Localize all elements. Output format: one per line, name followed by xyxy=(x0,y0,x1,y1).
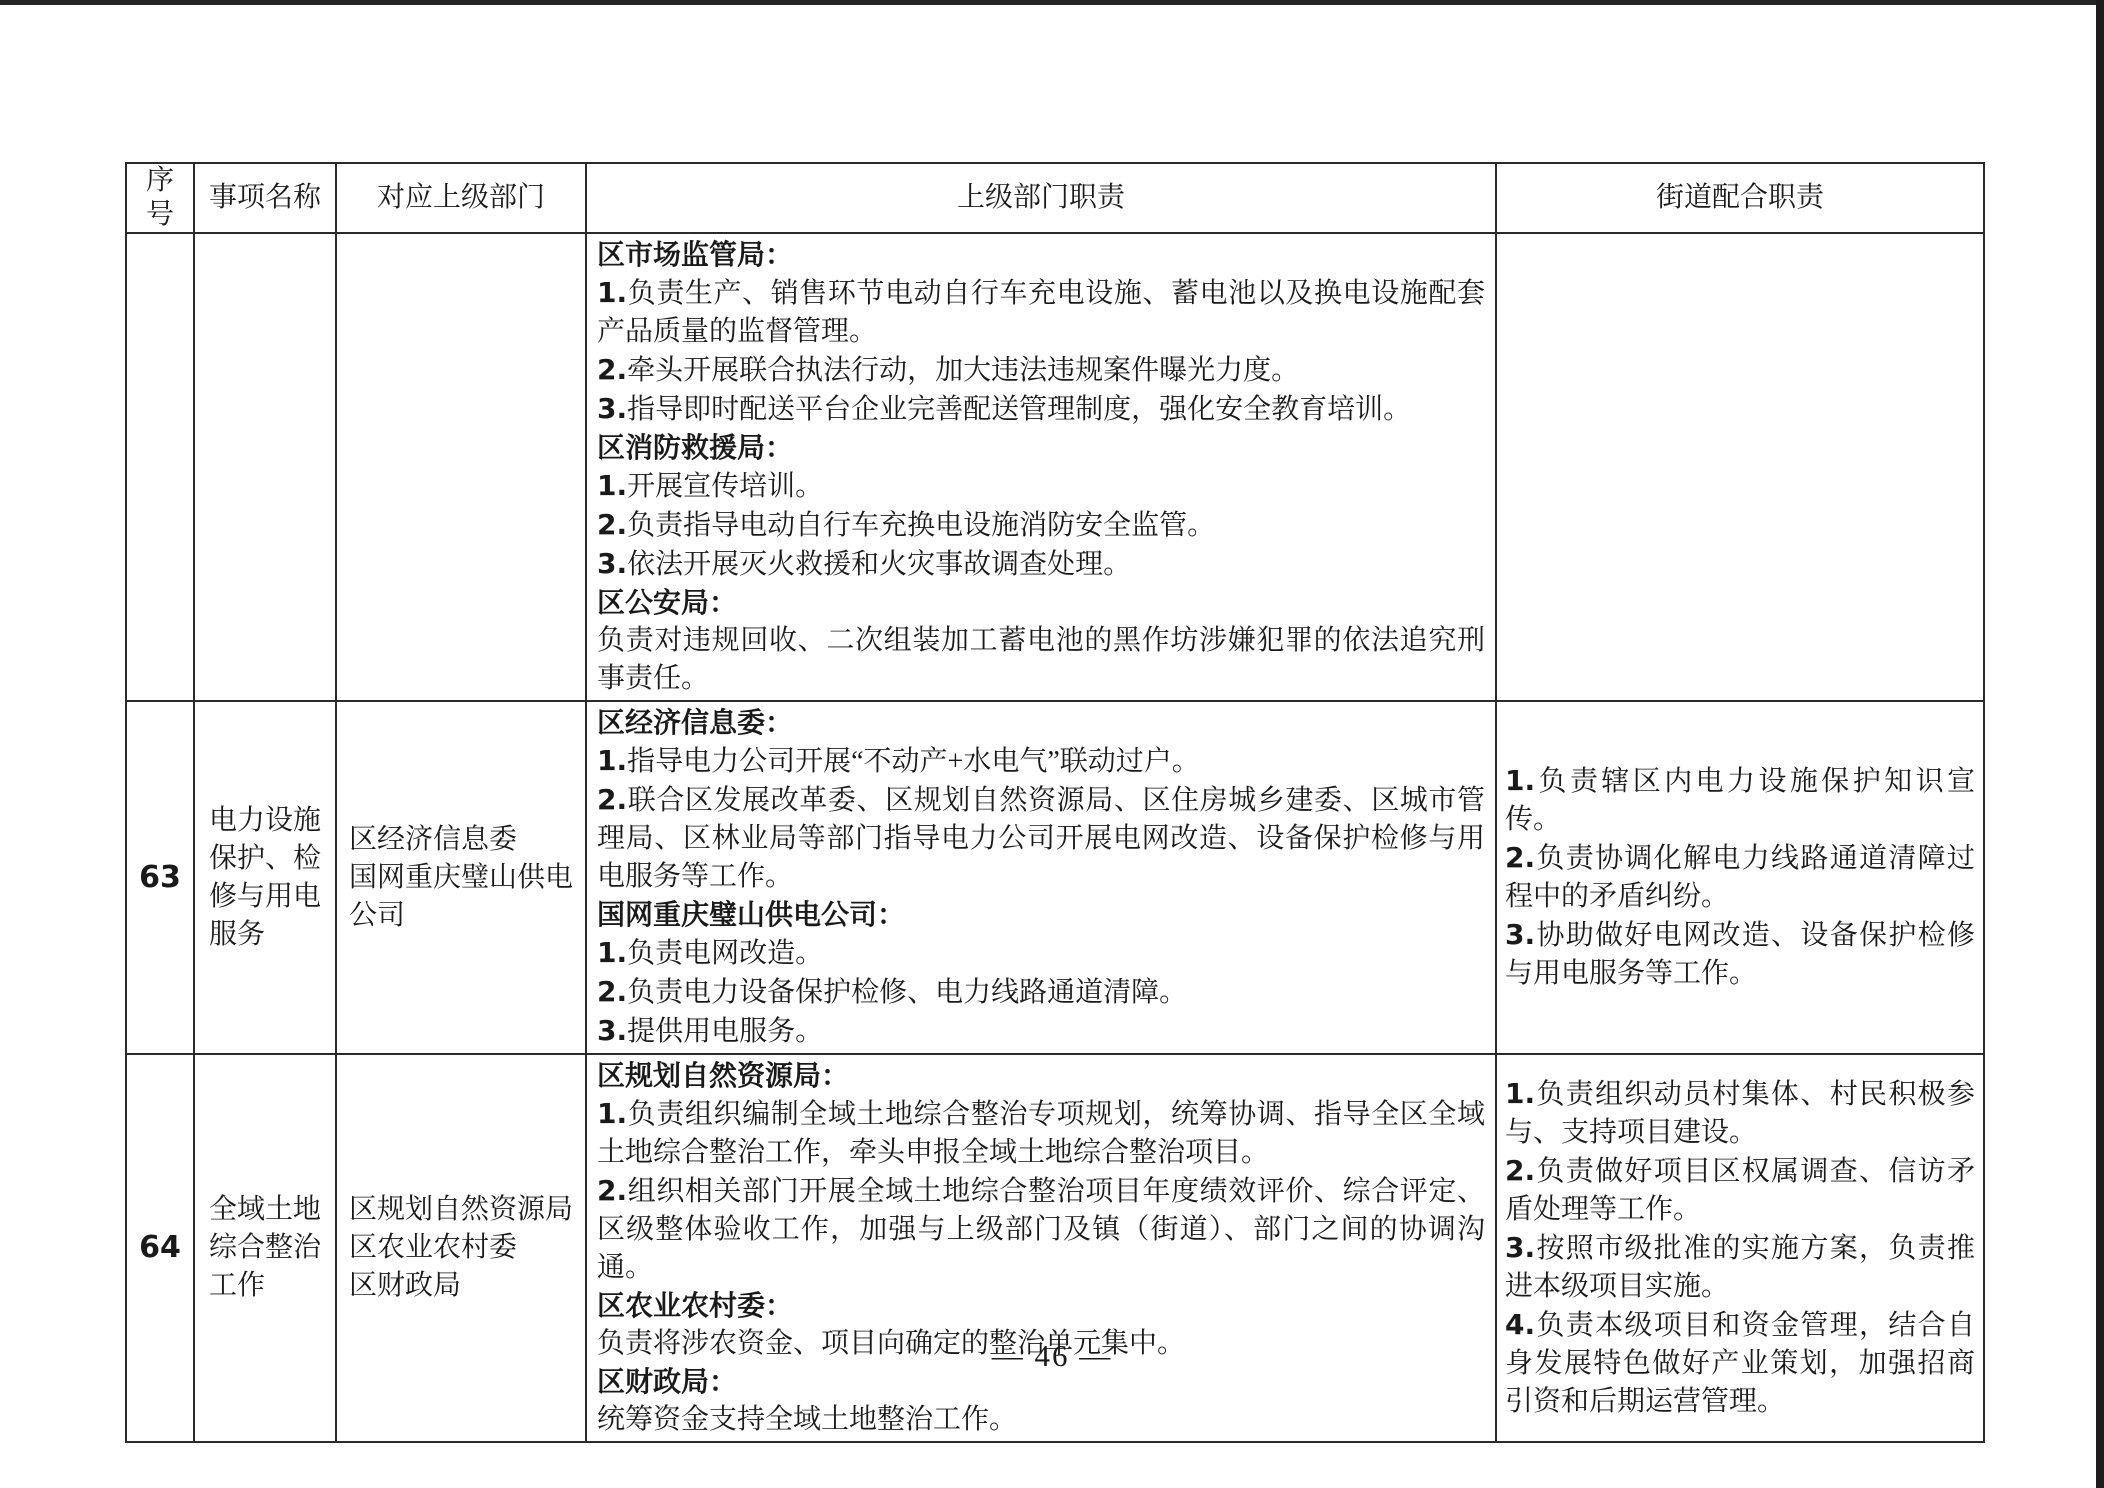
item-number: 2. xyxy=(597,508,627,541)
item-number: 2. xyxy=(597,783,627,816)
item-number: 3. xyxy=(1505,918,1535,951)
duty-item: 负责对违规回收、二次组装加工蓄电池的黑作坊涉嫌犯罪的依法追究刑事责任。 xyxy=(597,622,1485,698)
superior-duties-cell: 区市场监管局：1.负责生产、销售环节电动自行车充电设施、蓄电池以及换电设施配套产… xyxy=(586,233,1496,701)
duty-item: 1.负责组织动员村集体、村民积极参与、支持项目建设。 xyxy=(1505,1075,1975,1152)
duty-item: 2.负责指导电动自行车充换电设施消防安全监管。 xyxy=(597,506,1485,545)
item-number: 1. xyxy=(1505,764,1535,797)
duty-item: 2.负责做好项目区权属调查、信访矛盾处理等工作。 xyxy=(1505,1152,1975,1229)
duty-item: 2.联合区发展改革委、区规划自然资源局、区住房城乡建委、区城市管理局、区林业局等… xyxy=(597,781,1485,896)
duty-table: 序号 事项名称 对应上级部门 上级部门职责 街道配合职责 区市场监管局：1.负责… xyxy=(125,162,1985,1443)
item-name-cell xyxy=(194,233,336,701)
item-name-cell: 电力设施保护、检修与用电服务 xyxy=(194,701,336,1054)
header-street-duty: 街道配合职责 xyxy=(1496,163,1984,233)
document-page: 序号 事项名称 对应上级部门 上级部门职责 街道配合职责 区市场监管局：1.负责… xyxy=(0,0,2104,1488)
departments-cell: 区规划自然资源局区农业农村委区财政局 xyxy=(336,1054,586,1442)
department-name: 区经济信息委 xyxy=(349,821,573,859)
duty-item: 3.指导即时配送平台企业完善配送管理制度，强化安全教育培训。 xyxy=(597,390,1485,429)
scan-edge-top xyxy=(0,0,2104,5)
duty-item: 3.按照市级批准的实施方案，负责推进本级项目实施。 xyxy=(1505,1229,1975,1306)
scan-edge-right xyxy=(2096,0,2104,1488)
seq-cell: 64 xyxy=(126,1054,194,1442)
item-number: 3. xyxy=(597,1014,627,1047)
superior-duties-cell: 区规划自然资源局：1.负责组织编制全域土地综合整治专项规划，统筹协调、指导全区全… xyxy=(586,1054,1496,1442)
department-name: 国网重庆璧山供电公司 xyxy=(349,859,573,935)
item-number: 1. xyxy=(597,936,627,969)
duty-item: 1.负责生产、销售环节电动自行车充电设施、蓄电池以及换电设施配套产品质量的监督管… xyxy=(597,274,1485,351)
duty-item: 2.负责电力设备保护检修、电力线路通道清障。 xyxy=(597,973,1485,1012)
header-seq: 序号 xyxy=(126,163,194,233)
table-row: 区市场监管局：1.负责生产、销售环节电动自行车充电设施、蓄电池以及换电设施配套产… xyxy=(126,233,1984,701)
departments-cell xyxy=(336,233,586,701)
duty-item: 1.负责辖区内电力设施保护知识宣传。 xyxy=(1505,762,1975,839)
item-number: 1. xyxy=(597,469,627,502)
duty-heading: 区公安局： xyxy=(597,584,1485,622)
item-number: 2. xyxy=(597,1174,627,1207)
duty-item: 1.开展宣传培训。 xyxy=(597,467,1485,506)
department-name: 区规划自然资源局 xyxy=(349,1191,573,1229)
table-row: 63电力设施保护、检修与用电服务区经济信息委国网重庆璧山供电公司区经济信息委：1… xyxy=(126,701,1984,1054)
duty-item: 2.组织相关部门开展全域土地综合整治项目年度绩效评价、综合评定、区级整体验收工作… xyxy=(597,1172,1485,1287)
duty-item: 统筹资金支持全域土地整治工作。 xyxy=(597,1401,1485,1439)
duty-item: 3.依法开展灭火救援和火灾事故调查处理。 xyxy=(597,545,1485,584)
item-number: 2. xyxy=(597,353,627,386)
duty-heading: 国网重庆璧山供电公司： xyxy=(597,896,1485,934)
item-number: 2. xyxy=(1505,1154,1535,1187)
header-superior-dept: 对应上级部门 xyxy=(336,163,586,233)
duty-heading: 区经济信息委： xyxy=(597,704,1485,742)
seq-cell: 63 xyxy=(126,701,194,1054)
duty-item: 2.牵头开展联合执法行动，加大违法违规案件曝光力度。 xyxy=(597,351,1485,390)
item-number: 3. xyxy=(597,547,627,580)
department-name: 区财政局 xyxy=(349,1267,573,1305)
duty-heading: 区市场监管局： xyxy=(597,236,1485,274)
street-duties-cell xyxy=(1496,233,1984,701)
item-number: 3. xyxy=(597,392,627,425)
duty-item: 1.负责组织编制全域土地综合整治专项规划，统筹协调、指导全区全域土地综合整治工作… xyxy=(597,1095,1485,1172)
table-row: 64全域土地综合整治工作区规划自然资源局区农业农村委区财政局区规划自然资源局：1… xyxy=(126,1054,1984,1442)
street-duties-cell: 1.负责辖区内电力设施保护知识宣传。2.负责协调化解电力线路通道清障过程中的矛盾… xyxy=(1496,701,1984,1054)
item-number: 4. xyxy=(1505,1308,1535,1341)
item-name-cell: 全域土地综合整治工作 xyxy=(194,1054,336,1442)
departments-cell: 区经济信息委国网重庆璧山供电公司 xyxy=(336,701,586,1054)
duty-item: 2.负责协调化解电力线路通道清障过程中的矛盾纠纷。 xyxy=(1505,839,1975,916)
duty-heading: 区农业农村委： xyxy=(597,1287,1485,1325)
item-number: 1. xyxy=(597,744,627,777)
duty-item: 1.负责电网改造。 xyxy=(597,934,1485,973)
seq-cell xyxy=(126,233,194,701)
duty-heading: 区消防救援局： xyxy=(597,429,1485,467)
duty-item: 3.协助做好电网改造、设备保护检修与用电服务等工作。 xyxy=(1505,916,1975,993)
superior-duties-cell: 区经济信息委：1.指导电力公司开展“不动产+水电气”联动过户。2.联合区发展改革… xyxy=(586,701,1496,1054)
item-number: 1. xyxy=(1505,1077,1535,1110)
duty-item: 3.提供用电服务。 xyxy=(597,1012,1485,1051)
page-number: — 46 — xyxy=(0,1338,2104,1374)
item-number: 1. xyxy=(597,1097,627,1130)
item-number: 2. xyxy=(597,975,627,1008)
street-duties-cell: 1.负责组织动员村集体、村民积极参与、支持项目建设。2.负责做好项目区权属调查、… xyxy=(1496,1054,1984,1442)
item-number: 2. xyxy=(1505,841,1535,874)
duty-item: 1.指导电力公司开展“不动产+水电气”联动过户。 xyxy=(597,742,1485,781)
header-item-name: 事项名称 xyxy=(194,163,336,233)
item-number: 3. xyxy=(1505,1231,1535,1264)
table-header-row: 序号 事项名称 对应上级部门 上级部门职责 街道配合职责 xyxy=(126,163,1984,233)
department-name: 区农业农村委 xyxy=(349,1229,573,1267)
header-superior-duty: 上级部门职责 xyxy=(586,163,1496,233)
duty-heading: 区规划自然资源局： xyxy=(597,1057,1485,1095)
item-number: 1. xyxy=(597,276,627,309)
